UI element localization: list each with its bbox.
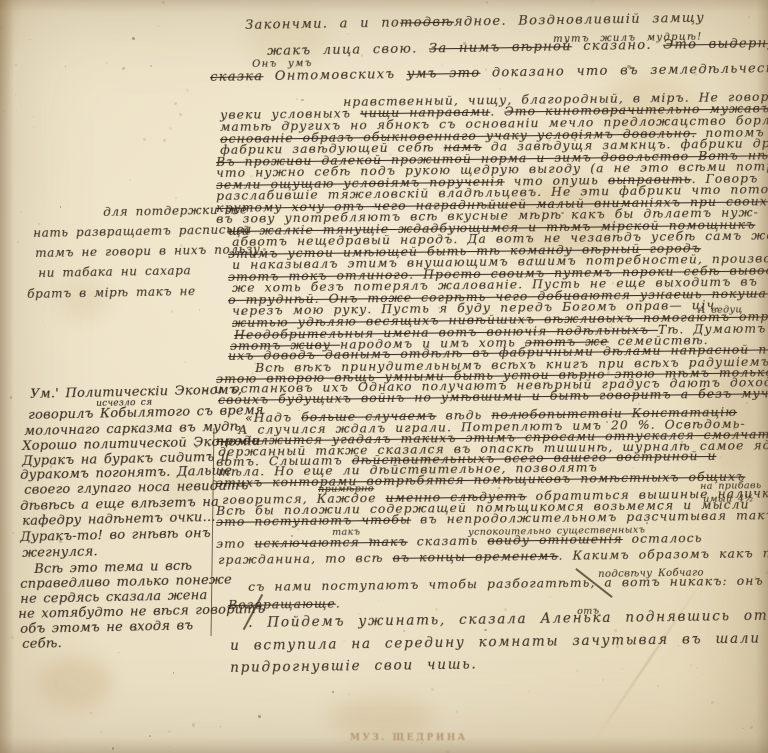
foxing-speck — [122, 67, 125, 70]
foxing-speck — [263, 657, 264, 658]
interlinear-insert: имый 4½ — [703, 493, 754, 505]
foxing-speck — [431, 688, 434, 691]
foxing-speck — [184, 361, 186, 363]
margin-small-line: тамъ не говори в нихъ пользу — [35, 242, 261, 260]
foxing-speck — [150, 45, 152, 47]
margin-small-line: братъ в мірѣ такъ не — [27, 284, 196, 301]
margin-note-line: себѣ. — [22, 636, 62, 652]
margin-small-line: ни табака ни сахара — [38, 263, 191, 280]
struck-text: исключаются такъ — [254, 535, 408, 551]
margin-note-line: объ этомъ не входя въ — [20, 618, 193, 637]
handwritten-text: гражданина, то всѣ — [218, 551, 393, 567]
struck-text: умъ это — [407, 66, 481, 82]
handwritten-text: и вступила на середину комнаты зачутывая… — [230, 629, 768, 654]
foxing-speck — [456, 710, 459, 713]
handwritten-text: нать развращаетъ расписыва — [33, 222, 252, 240]
foxing-speck — [107, 36, 108, 37]
foxing-speck — [528, 690, 531, 693]
foxing-speck — [703, 674, 704, 675]
struck-text: тодвѣ — [400, 15, 454, 31]
paper-stain — [38, 656, 112, 710]
foxing-speck — [17, 241, 20, 244]
foxing-speck — [3, 111, 4, 112]
foxing-speck — [118, 652, 120, 654]
foxing-speck — [602, 679, 604, 681]
foxing-speck — [173, 672, 174, 673]
foxing-speck — [499, 88, 501, 90]
foxing-speck — [634, 629, 636, 631]
foxing-speck — [690, 664, 692, 666]
interlinear-insert: примѣрно — [318, 483, 374, 495]
foxing-speck — [622, 668, 623, 669]
foxing-speck — [157, 25, 159, 27]
handwritten-text: сказано. — [572, 38, 664, 54]
struck-text: въ концы временемъ — [392, 549, 558, 565]
foxing-speck — [171, 310, 173, 312]
foxing-speck — [192, 723, 195, 726]
foxing-speck — [310, 567, 311, 568]
handwritten-text: на прибавь — [700, 480, 762, 492]
handwritten-text: А ведуц — [698, 304, 742, 316]
handwritten-text: жегнулся. — [22, 544, 98, 561]
archive-stamp: МУЗ. ЩЕДРИНА — [350, 733, 468, 743]
foxing-speck — [347, 33, 350, 36]
foxing-speck — [484, 629, 487, 632]
handwritten-text: жакъ лица свою. — [267, 41, 429, 59]
foxing-speck — [591, 0, 594, 3]
foxing-speck — [179, 113, 182, 116]
foxing-speck — [29, 39, 31, 41]
foxing-speck — [169, 746, 170, 747]
foxing-speck — [106, 62, 108, 64]
foxing-speck — [16, 110, 18, 112]
paper-crease — [592, 577, 705, 744]
foxing-speck — [230, 569, 232, 571]
closing-line: придрогнувшіе свои чишь. — [230, 657, 478, 676]
handwritten-text: Дуракъ-то! во гнѣвѣ онъ — [20, 526, 211, 545]
foxing-speck — [65, 66, 66, 67]
handwritten-text: Закончми. а и по — [245, 16, 400, 33]
handwritten-text: ядное. Воздновлившій замщу — [454, 11, 705, 30]
foxing-speck — [163, 139, 165, 141]
foxing-speck — [199, 309, 200, 310]
foxing-speck — [0, 26, 3, 29]
foxing-speck — [301, 99, 304, 102]
foxing-speck — [378, 600, 379, 601]
handwritten-text: придрогнувшіе свои чишь. — [230, 657, 478, 676]
foxing-speck — [638, 403, 639, 404]
foxing-speck — [149, 735, 151, 737]
foxing-speck — [740, 563, 741, 564]
foxing-speck — [632, 467, 634, 469]
handwritten-text: Онтомовскихъ — [263, 67, 407, 84]
foxing-speck — [168, 730, 171, 733]
foxing-speck — [614, 629, 616, 631]
foxing-speck — [258, 715, 261, 718]
foxing-speck — [11, 636, 14, 639]
foxing-speck — [133, 4, 135, 6]
foxing-speck — [486, 1, 489, 4]
foxing-speck — [297, 528, 300, 531]
foxing-speck — [435, 608, 437, 610]
foxing-speck — [348, 693, 351, 696]
margin-note-line: жегнулся. — [22, 544, 98, 561]
foxing-speck — [20, 211, 22, 213]
top-annotation-line: жакъ лица свою. За нимъ вѣрной сказано. … — [267, 36, 768, 59]
foxing-speck — [100, 731, 103, 734]
foxing-speck — [60, 206, 62, 208]
struck-text: сказка — [210, 69, 263, 85]
foxing-speck — [143, 138, 145, 140]
handwritten-text: объ этомъ не входя въ — [20, 618, 193, 637]
handwritten-text: доказано что въ земледѣльческомъ) — [480, 61, 768, 81]
foxing-speck — [90, 712, 92, 714]
foxing-speck — [162, 1, 165, 4]
foxing-speck — [112, 747, 114, 749]
foxing-speck — [403, 630, 405, 632]
foxing-speck — [146, 547, 147, 548]
manuscript-page: МУЗ. ЩЕДРИНА Закончми. а и потодвѣядное.… — [0, 0, 768, 753]
handwritten-text: . — [336, 597, 341, 611]
handwritten-text: имый 4½ — [703, 493, 754, 505]
foxing-speck — [332, 691, 333, 692]
foxing-speck — [33, 126, 35, 128]
handwritten-text: . Какимъ образомъ какъ поступишь. — [558, 545, 768, 563]
handwritten-text: подсвѣчу Кобчаго — [598, 568, 704, 580]
foxing-speck — [281, 98, 282, 99]
foxing-speck — [711, 701, 713, 703]
foxing-speck — [220, 726, 221, 727]
handwritten-text: тамъ не говори в нихъ пользу — [35, 242, 261, 260]
foxing-speck — [169, 127, 171, 129]
foxing-speck — [750, 726, 753, 729]
foxing-speck — [42, 320, 43, 321]
interlinear-insert: на прибавь — [700, 480, 762, 492]
foxing-speck — [633, 592, 634, 593]
foxing-speck — [426, 31, 428, 33]
foxing-speck — [46, 197, 47, 198]
struck-text: это поступаютъ чтобы — [216, 513, 411, 529]
struck-text: примѣрно — [318, 483, 374, 495]
foxing-speck — [174, 102, 177, 105]
foxing-speck — [696, 667, 698, 669]
handwritten-text: для потдержки же — [103, 202, 248, 219]
margin-small-line: нать развращаетъ расписыва — [33, 222, 252, 240]
foxing-speck — [621, 717, 622, 718]
margin-note-line: Дуракъ-то! во гнѣвѣ онъ — [20, 526, 211, 545]
foxing-speck — [296, 98, 298, 100]
foxing-speck — [104, 747, 105, 748]
closing-line: и вступила на середину комнаты зачутывая… — [230, 629, 768, 654]
foxing-speck — [576, 669, 579, 672]
foxing-speck — [38, 223, 40, 225]
interlinear-insert: такъ — [332, 527, 360, 538]
foxing-speck — [657, 685, 659, 687]
foxing-speck — [13, 723, 15, 725]
foxing-speck — [175, 197, 177, 199]
interlinear-insert: А ведуц — [698, 304, 742, 316]
handwritten-text: ни табака ни сахара — [38, 263, 191, 280]
foxing-speck — [129, 179, 132, 182]
foxing-speck — [15, 94, 17, 96]
foxing-speck — [240, 32, 241, 33]
foxing-speck — [15, 64, 17, 66]
handwritten-text: это — [216, 537, 254, 551]
foxing-speck — [12, 271, 13, 272]
foxing-speck — [742, 728, 743, 729]
top-annotation-line: Закончми. а и потодвѣядное. Воздновливші… — [245, 11, 705, 33]
paper-stain — [328, 696, 433, 738]
handwritten-text: себѣ. — [22, 636, 62, 652]
margin-small-line: для потдержки же — [103, 202, 248, 219]
foxing-speck — [549, 596, 551, 598]
handwritten-text: такъ — [332, 527, 360, 538]
interlinear-insert: подсвѣчу Кобчаго — [598, 568, 704, 580]
foxing-speck — [150, 65, 152, 67]
foxing-speck — [132, 37, 135, 40]
foxing-speck — [129, 696, 130, 697]
handwritten-text: братъ в мірѣ такъ не — [27, 284, 196, 301]
foxing-speck — [32, 116, 34, 118]
foxing-speck — [186, 89, 189, 92]
foxing-speck — [59, 26, 60, 27]
foxing-speck — [748, 16, 750, 18]
foxing-speck — [12, 532, 14, 534]
foxing-speck — [82, 743, 84, 745]
struck-text: За нимъ вѣрной — [429, 39, 572, 56]
foxing-speck — [10, 396, 13, 399]
struck-text: Это выдернула — [663, 36, 768, 53]
